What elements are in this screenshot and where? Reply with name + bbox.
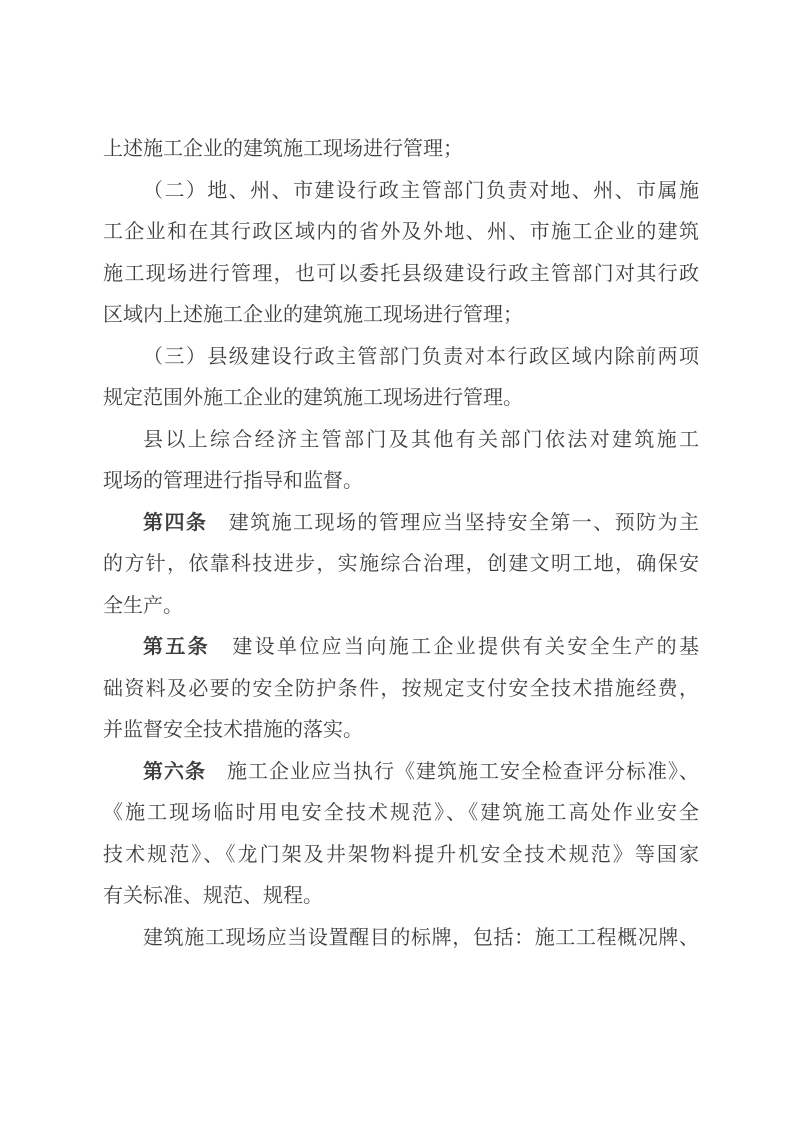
article-line: 第四条 建筑施工现场的管理应当坚持安全第一、预防为主 <box>103 503 699 545</box>
line-text: 上述施工企业的建筑施工现场进行管理； <box>103 138 463 160</box>
line-text: 技术规范》、《龙门架及井架物料提升机安全技术规范》等国家 <box>103 844 699 866</box>
text-line: 建筑施工现场应当设置醒目的标牌，包括：施工工程概况牌、 <box>103 918 699 960</box>
line-text: 现场的管理进行指导和监督。 <box>103 470 363 492</box>
line-text: 工企业和在其行政区域内的省外及外地、州、市施工企业的建筑 <box>103 221 699 243</box>
line-text: 础资料及必要的安全防护条件，按规定支付安全技术措施经费， <box>103 678 699 700</box>
text-line: 施工现场进行管理，也可以委托县级建设行政主管部门对其行政 <box>103 254 699 296</box>
document-page: 上述施工企业的建筑施工现场进行管理；（二）地、州、市建设行政主管部门负责对地、州… <box>0 0 793 1122</box>
article-line: 第五条 建设单位应当向施工企业提供有关安全生产的基 <box>103 627 699 669</box>
line-text: 《施工现场临时用电安全技术规范》、《建筑施工高处作业安全 <box>103 802 699 824</box>
line-text: 并监督安全技术措施的落实。 <box>103 719 363 741</box>
line-text: （二）地、州、市建设行政主管部门负责对地、州、市属施 <box>143 180 699 202</box>
line-text: 建筑施工现场应当设置醒目的标牌，包括：施工工程概况牌、 <box>143 927 699 949</box>
line-text: 有关标准、规范、规程。 <box>103 885 323 907</box>
text-line: 县以上综合经济主管部门及其他有关部门依法对建筑施工 <box>103 420 699 462</box>
text-line: 区域内上述施工企业的建筑施工现场进行管理； <box>103 295 699 337</box>
line-text: 的方针，依靠科技进步，实施综合治理，创建文明工地，确保安 <box>103 553 699 575</box>
text-line: 并监督安全技术措施的落实。 <box>103 710 699 752</box>
text-line: 全生产。 <box>103 586 699 628</box>
text-line: 工企业和在其行政区域内的省外及外地、州、市施工企业的建筑 <box>103 212 699 254</box>
article-number: 第六条 <box>143 761 206 783</box>
text-line: 有关标准、规范、规程。 <box>103 876 699 918</box>
scanned-document-page: { "page": { "width": 793, "height": 1122… <box>0 0 793 1122</box>
line-text: （三）县级建设行政主管部门负责对本行政区域内除前两项 <box>143 346 699 368</box>
text-line: 础资料及必要的安全防护条件，按规定支付安全技术措施经费， <box>103 669 699 711</box>
text-line: （三）县级建设行政主管部门负责对本行政区域内除前两项 <box>103 337 699 379</box>
line-text: 规定范围外施工企业的建筑施工现场进行管理。 <box>103 387 523 409</box>
line-text: 建筑施工现场的管理应当坚持安全第一、预防为主 <box>207 512 699 534</box>
text-line: 上述施工企业的建筑施工现场进行管理； <box>103 129 699 171</box>
line-text: 全生产。 <box>103 595 183 617</box>
text-line: 规定范围外施工企业的建筑施工现场进行管理。 <box>103 378 699 420</box>
line-text: 区域内上述施工企业的建筑施工现场进行管理； <box>103 304 523 326</box>
article-number: 第四条 <box>143 512 207 534</box>
article-line: 第六条 施工企业应当执行《建筑施工安全检查评分标准》、 <box>103 752 699 794</box>
line-text: 施工现场进行管理，也可以委托县级建设行政主管部门对其行政 <box>103 263 699 285</box>
line-text: 建设单位应当向施工企业提供有关安全生产的基 <box>210 636 699 658</box>
line-text: 施工企业应当执行《建筑施工安全检查评分标准》、 <box>206 761 699 783</box>
line-text: 县以上综合经济主管部门及其他有关部门依法对建筑施工 <box>143 429 699 451</box>
document-text-block: 上述施工企业的建筑施工现场进行管理；（二）地、州、市建设行政主管部门负责对地、州… <box>103 129 699 959</box>
text-line: 现场的管理进行指导和监督。 <box>103 461 699 503</box>
text-line: 技术规范》、《龙门架及井架物料提升机安全技术规范》等国家 <box>103 835 699 877</box>
article-number: 第五条 <box>143 636 210 658</box>
text-line: 《施工现场临时用电安全技术规范》、《建筑施工高处作业安全 <box>103 793 699 835</box>
text-line: （二）地、州、市建设行政主管部门负责对地、州、市属施 <box>103 171 699 213</box>
text-line: 的方针，依靠科技进步，实施综合治理，创建文明工地，确保安 <box>103 544 699 586</box>
